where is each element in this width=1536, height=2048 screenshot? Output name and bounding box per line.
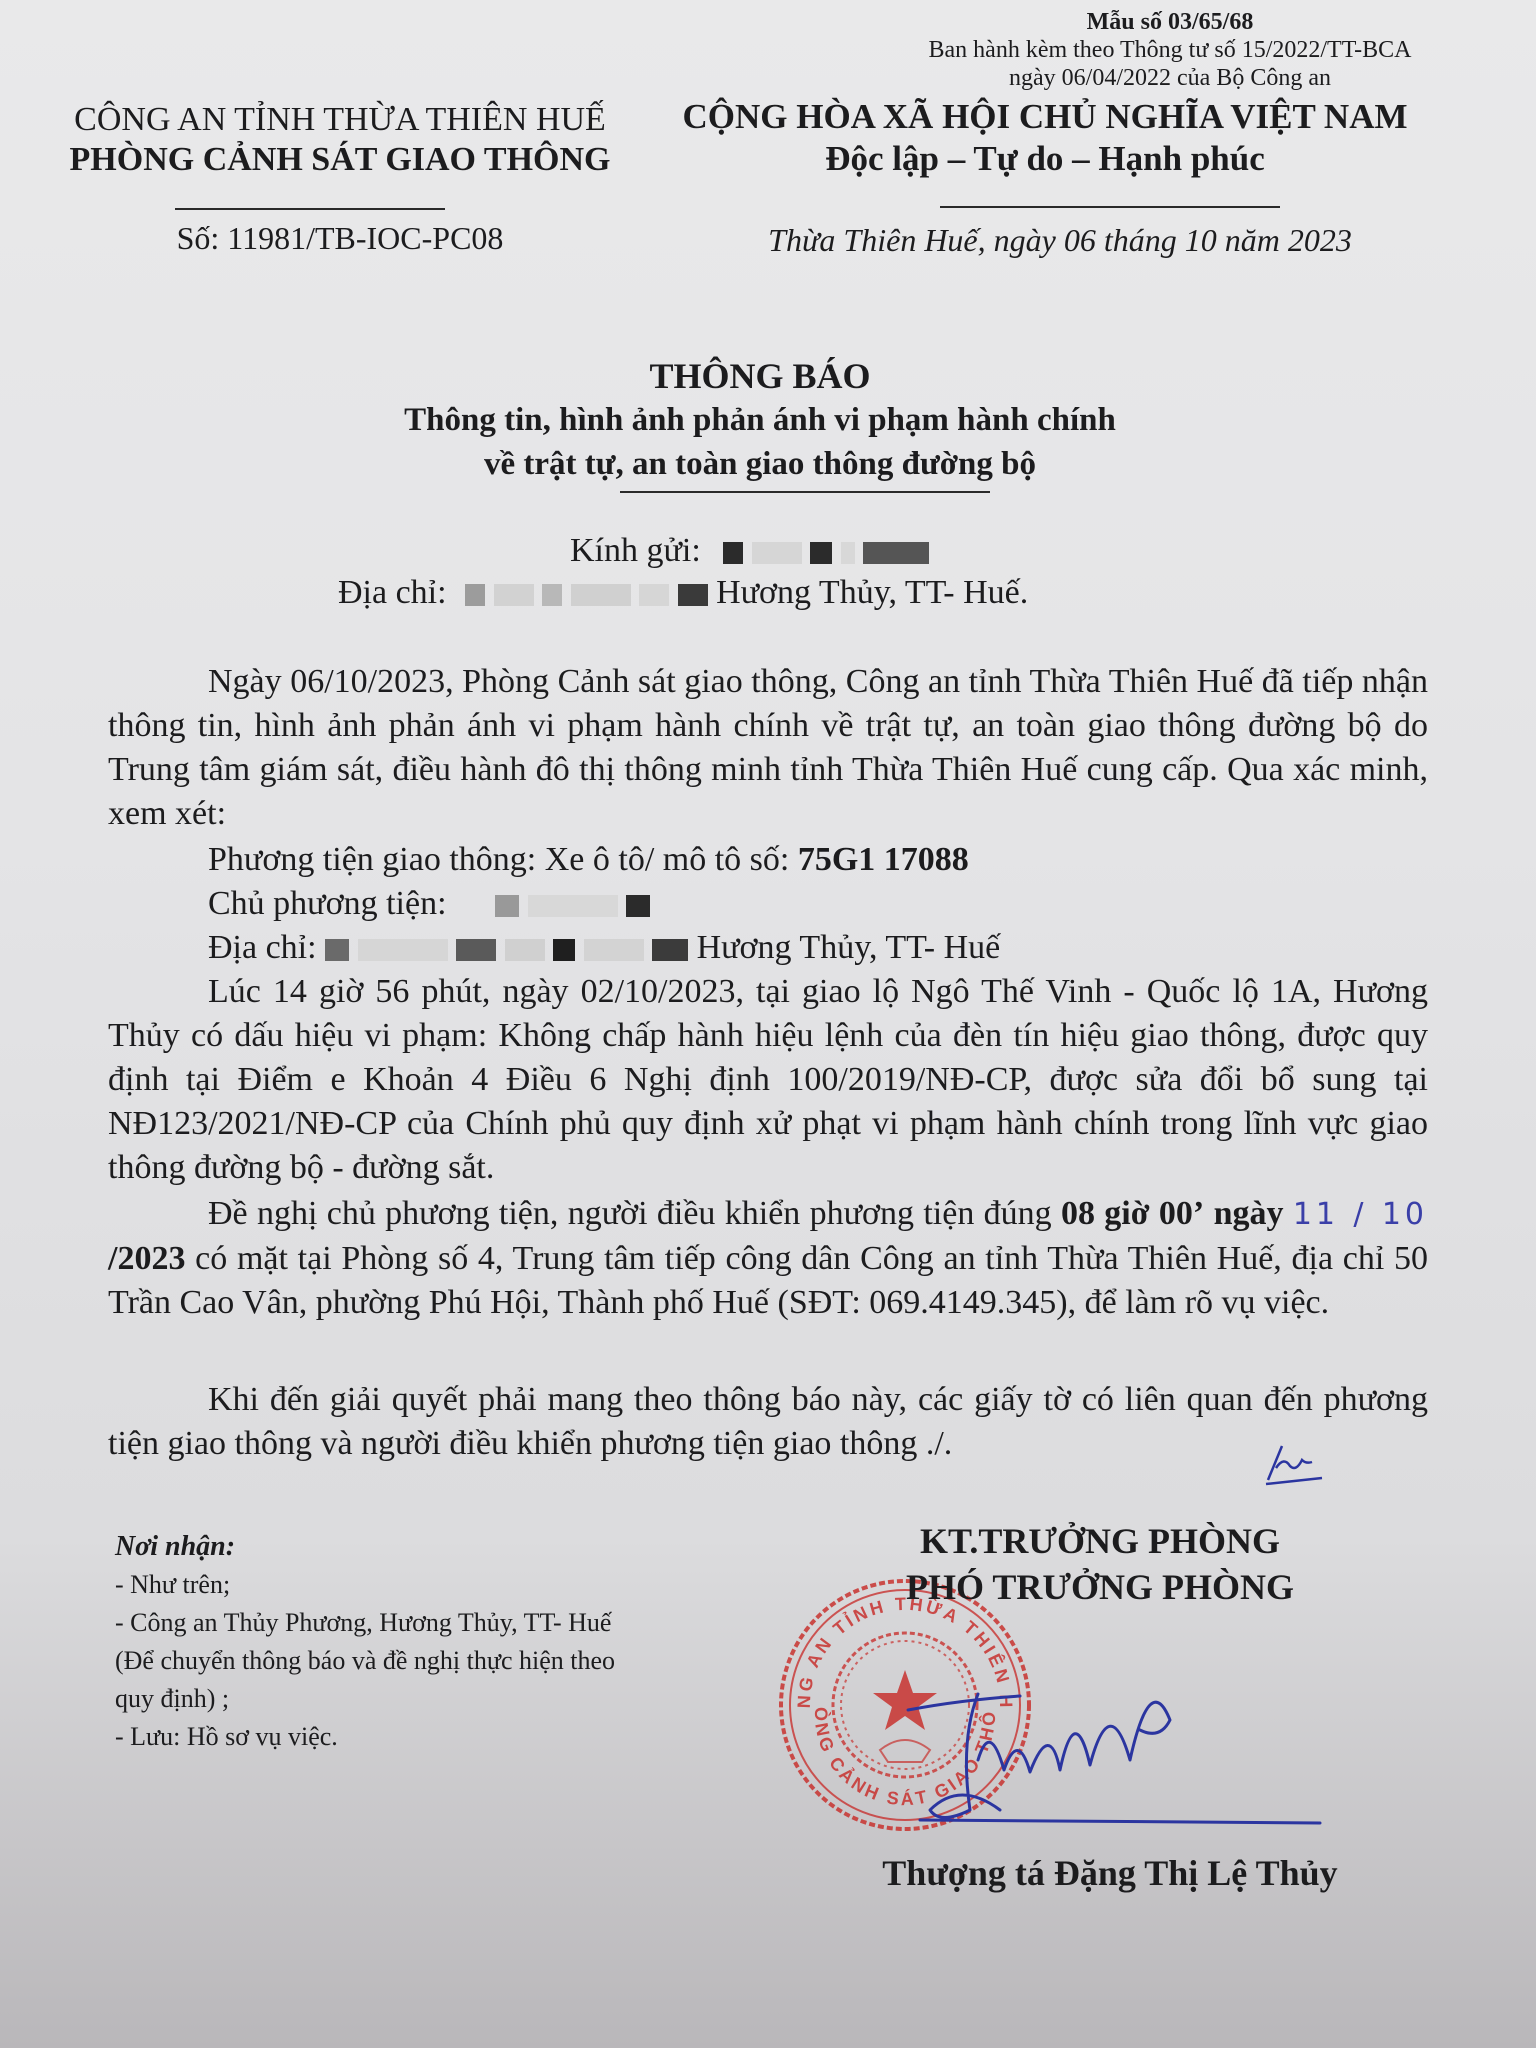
signature-title: KT.TRƯỞNG PHÒNG PHÓ TRƯỞNG PHÒNG (840, 1518, 1360, 1610)
paragraph-violation: Lúc 14 giờ 56 phút, ngày 02/10/2023, tại… (108, 970, 1428, 1190)
initials-mark-icon (1262, 1438, 1332, 1488)
recipient-item: quy định) ; (115, 1680, 615, 1718)
owner-address-line: Địa chỉ: Hương Thủy, TT- Huế (208, 926, 1408, 970)
redacted-address (465, 584, 485, 606)
recipient-item: - Lưu: Hồ sơ vụ việc. (115, 1718, 615, 1756)
motto-underline (940, 206, 1280, 208)
nation-name: CỘNG HÒA XÃ HỘI CHỦ NGHĨA VIỆT NAM (660, 96, 1430, 138)
recipient-address-line: Địa chỉ: Hương Thủy, TT- Huế. (338, 574, 1028, 612)
redacted-owner-address (553, 939, 575, 961)
recipient-item: - Như trên; (115, 1566, 615, 1604)
redacted-address (542, 584, 562, 606)
signature-line1: KT.TRƯỞNG PHÒNG (840, 1518, 1360, 1564)
nation-header: CỘNG HÒA XÃ HỘI CHỦ NGHĨA VIỆT NAM Độc l… (660, 96, 1430, 218)
recipient-item: - Công an Thủy Phương, Hương Thủy, TT- H… (115, 1604, 615, 1642)
owner-address-tail: Hương Thủy, TT- Huế (697, 929, 1001, 966)
title-main: THÔNG BÁO (260, 354, 1260, 398)
summons-year: /2023 (108, 1240, 185, 1277)
recipient-label: Kính gửi: (570, 532, 701, 569)
owner-line: Chủ phương tiện: (208, 882, 1408, 926)
redacted-name (863, 542, 929, 564)
redacted-owner-address (358, 939, 448, 961)
vehicle-label: Phương tiện giao thông: Xe ô tô/ mô tô s… (208, 841, 789, 878)
document-title: THÔNG BÁO Thông tin, hình ảnh phản ánh v… (260, 354, 1260, 498)
handwritten-date: 11 / 10 (1293, 1197, 1428, 1232)
paragraph-intro: Ngày 06/10/2023, Phòng Cảnh sát giao thô… (108, 660, 1428, 836)
redacted-owner (528, 895, 618, 917)
redacted-address (639, 584, 669, 606)
form-issued-line1: Ban hành kèm theo Thông tư số 15/2022/TT… (820, 36, 1520, 64)
paragraph-2: Lúc 14 giờ 56 phút, ngày 02/10/2023, tại… (108, 970, 1428, 1190)
redacted-owner-address (584, 939, 644, 961)
redacted-name (810, 542, 832, 564)
redacted-name (723, 542, 743, 564)
agency-underline (175, 208, 445, 210)
form-issued-line2: ngày 06/04/2022 của Bộ Công an (820, 64, 1520, 92)
address-tail: Hương Thủy, TT- Huế. (716, 574, 1028, 611)
paragraph-1: Ngày 06/10/2023, Phòng Cảnh sát giao thô… (108, 660, 1428, 836)
redacted-owner-address (456, 939, 496, 961)
summons-text-rest: có mặt tại Phòng số 4, Trung tâm tiếp cô… (108, 1240, 1428, 1321)
document-number: Số: 11981/TB-IOC-PC08 (40, 220, 640, 257)
agency-unit: PHÒNG CẢNH SÁT GIAO THÔNG (40, 140, 640, 180)
handwritten-signature-icon (900, 1660, 1340, 1840)
agency-parent: CÔNG AN TỈNH THỪA THIÊN HUẾ (40, 100, 640, 140)
redacted-owner (495, 895, 519, 917)
summons-text-start: Đề nghị chủ phương tiện, người điều khiể… (208, 1195, 1052, 1232)
redacted-address (494, 584, 534, 606)
paragraph-closing: Khi đến giải quyết phải mang theo thông … (108, 1378, 1428, 1466)
title-underline (620, 491, 990, 493)
redacted-address (571, 584, 631, 606)
paragraph-3: Đề nghị chủ phương tiện, người điều khiể… (108, 1192, 1428, 1325)
owner-address-label: Địa chỉ: (208, 929, 317, 966)
vehicle-line: Phương tiện giao thông: Xe ô tô/ mô tô s… (208, 838, 1408, 882)
address-label: Địa chỉ: (338, 574, 447, 611)
redacted-owner-address (505, 939, 545, 961)
nation-motto: Độc lập – Tự do – Hạnh phúc (660, 138, 1430, 180)
agency-header: CÔNG AN TỈNH THỪA THIÊN HUẾ PHÒNG CẢNH S… (40, 100, 640, 220)
form-code: Mẫu số 03/65/68 (820, 8, 1520, 36)
place-date: Thừa Thiên Huế, ngày 06 tháng 10 năm 202… (700, 222, 1420, 259)
redacted-address (678, 584, 708, 606)
title-sub1: Thông tin, hình ảnh phản ánh vi phạm hàn… (260, 398, 1260, 442)
summons-day-label: ngày (1214, 1195, 1284, 1232)
recipient-line: Kính gửi: (570, 532, 929, 570)
redacted-owner-address (325, 939, 349, 961)
summons-time: 08 giờ 00’ (1061, 1195, 1204, 1232)
form-code-block: Mẫu số 03/65/68 Ban hành kèm theo Thông … (820, 8, 1520, 92)
notice-document: Mẫu số 03/65/68 Ban hành kèm theo Thông … (0, 0, 1536, 2048)
redacted-owner-address (652, 939, 688, 961)
signer-name: Thượng tá Đặng Thị Lệ Thủy (840, 1852, 1380, 1894)
redacted-owner (626, 895, 650, 917)
owner-label: Chủ phương tiện: (208, 885, 447, 922)
signature-line2: PHÓ TRƯỞNG PHÒNG (840, 1564, 1360, 1610)
recipients-heading: Nơi nhận: (115, 1528, 615, 1566)
paragraph-4: Khi đến giải quyết phải mang theo thông … (108, 1378, 1428, 1466)
redacted-name (752, 542, 802, 564)
redacted-name (841, 542, 855, 564)
paragraph-summons: Đề nghị chủ phương tiện, người điều khiể… (108, 1192, 1428, 1325)
license-plate: 75G1 17088 (798, 841, 969, 878)
recipient-item: (Để chuyển thông báo và đề nghị thực hiệ… (115, 1642, 615, 1680)
recipients-list: Nơi nhận: - Như trên; - Công an Thủy Phư… (115, 1528, 615, 1756)
